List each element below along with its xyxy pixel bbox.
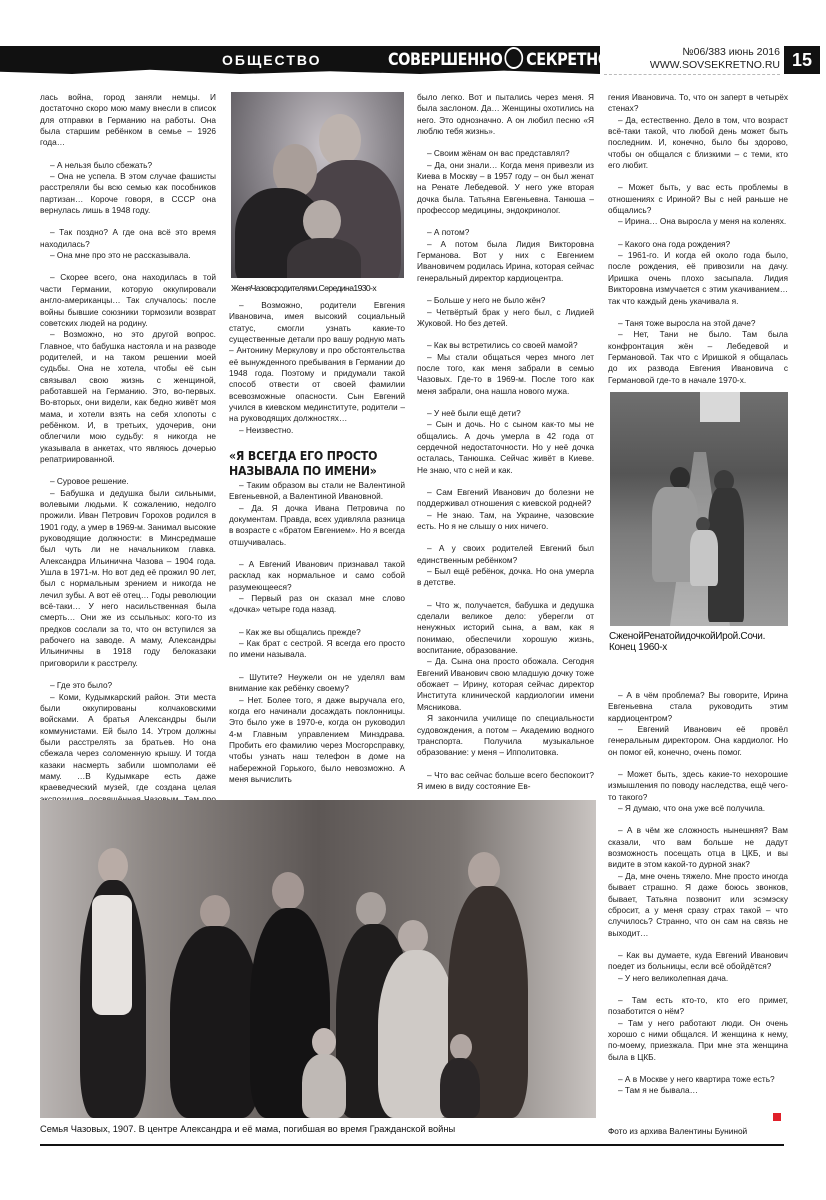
bottom-divider: [40, 1144, 784, 1146]
answer: – Бабушка и дедушка были сильными, волев…: [40, 488, 216, 670]
question: – Таким образом вы стали не Валентиной Е…: [229, 480, 405, 503]
question: – Таня тоже выросла на этой даче?: [608, 318, 788, 329]
question: – Там есть кто-то, кто его примет, позаб…: [608, 995, 788, 1018]
photo-chazov-with-parents: [231, 92, 404, 278]
photo-sochi-family: [610, 392, 788, 626]
question: – Какого она года рождения?: [608, 239, 788, 250]
article-column-4: гения Ивановича. То, что он заперт в чет…: [608, 92, 788, 386]
question: – Суровое решение.: [40, 476, 216, 487]
article-column-4b: – А в чём проблема? Вы говорите, Ирина Е…: [608, 690, 788, 1097]
question: – А потом?: [417, 227, 594, 238]
answer: – У него великолепная дача.: [608, 973, 788, 984]
answer: – Сын и дочь. Но с сыном как-то мы не об…: [417, 419, 594, 476]
answer: – Был ещё ребёнок, дочка. Но она умерла …: [417, 566, 594, 589]
answer: – Мы стали общаться через много лет посл…: [417, 352, 594, 397]
question: – Что вас сейчас больше всего беспокоит?…: [417, 770, 594, 793]
question: – Как вы думаете, куда Евгений Иванович …: [608, 950, 788, 973]
question: – А в чём же сложность нынешняя? Вам ска…: [608, 825, 788, 870]
answer: – Ирина… Она выросла у меня на коленях.: [608, 216, 788, 227]
answer: – Возможно, родители Евгения Ивановича, …: [229, 300, 405, 425]
answer: – Да. Сына она просто обожала. Сегодня Е…: [417, 656, 594, 713]
answer: – Она мне про это не рассказывала.: [40, 250, 216, 261]
website-url: WWW.SOVSEKRETNO.RU: [604, 59, 780, 72]
answer: – Она не успела. В этом случае фашисты р…: [40, 171, 216, 216]
question: – Больше у него не было жён?: [417, 295, 594, 306]
answer: – Четвёртый брак у него был, с Лидией Жу…: [417, 307, 594, 330]
question: – Сам Евгений Иванович до болезни не под…: [417, 487, 594, 510]
question: – А в чём проблема? Вы говорите, Ирина Е…: [608, 690, 788, 724]
paragraph: было легко. Вот и пытались через меня. Я…: [417, 92, 594, 137]
answer: – 1961-го. И когда ей около года было, п…: [608, 250, 788, 307]
question: – У неё были ещё дети?: [417, 408, 594, 419]
answer: – Неизвестно.: [229, 425, 405, 436]
answer: – Возможно, но это другой вопрос. Главно…: [40, 329, 216, 465]
answer: – Первый раз он сказал мне слово «дочка»…: [229, 593, 405, 616]
masthead: ОБЩЕСТВО СОВЕРШЕННОСЕКРЕТНО №06/383 июнь…: [0, 40, 826, 80]
question: – Как вы встретились со своей мамой?: [417, 340, 594, 351]
article-column-2b: – Таким образом вы стали не Валентиной Е…: [229, 480, 405, 785]
logo-right-text: СЕКРЕТНО: [526, 50, 610, 70]
answer: – Не знаю. Там, на Украине, чазовские ес…: [417, 510, 594, 533]
answer: – Да. Я дочка Ивана Петровича по докумен…: [229, 503, 405, 548]
answer: – А потом была Лидия Викторовна Германов…: [417, 239, 594, 284]
question: – Шутите? Неужели он не уделял вам внима…: [229, 672, 405, 695]
paragraph: Я закончила училище по специальности суд…: [417, 713, 594, 758]
question: – А у своих родителей Евгений был единст…: [417, 543, 594, 566]
section-subheading: «Я ВСЕГДА ЕГО ПРОСТО НАЗЫВАЛА ПО ИМЕНИ»: [229, 448, 384, 478]
answer: – Коми, Кудымкарский район. Эти места бы…: [40, 692, 216, 817]
answer: – Да, естественно. Дело в том, что возра…: [608, 115, 788, 172]
newspaper-logo: СОВЕРШЕННОСЕКРЕТНО: [388, 49, 610, 71]
answer: – Да, мне очень тяжело. Мне просто иногд…: [608, 871, 788, 939]
photo-caption: ЖеняЧазовсродителями.Середина1930-х: [231, 283, 407, 294]
question: – А нельзя было сбежать?: [40, 160, 216, 171]
page-number: 15: [784, 46, 820, 74]
article-column-3: было легко. Вот и пытались через меня. Я…: [417, 92, 594, 792]
answer: – Евгений Иванович её провёл генеральным…: [608, 724, 788, 758]
question: – Скорее всего, она находилась в той час…: [40, 272, 216, 329]
answer: – Я думаю, что она уже всё получила.: [608, 803, 788, 814]
question: – Может быть, здесь какие-то нехорошие и…: [608, 769, 788, 803]
question: – А в Москве у него квартира тоже есть?: [608, 1074, 788, 1085]
issue-number: №06/383 июнь 2016: [604, 46, 780, 59]
globe-icon: [505, 47, 524, 69]
answer: – Как брат с сестрой. Я всегда его прост…: [229, 638, 405, 661]
answer: – Там я не бывала…: [608, 1085, 788, 1096]
section-title: ОБЩЕСТВО: [222, 52, 322, 68]
photo-credit: Фото из архива Валентины Буниной: [608, 1126, 798, 1137]
question: – Где это было?: [40, 680, 216, 691]
answer: – Там у него работают люди. Он очень хор…: [608, 1018, 788, 1063]
answer: – Нет. Более того, я даже выручала его, …: [229, 695, 405, 786]
answer: – Да, они знали… Когда меня привезли из …: [417, 160, 594, 217]
question: – Что ж, получается, бабушка и дедушка с…: [417, 600, 594, 657]
issue-info: №06/383 июнь 2016 WWW.SOVSEKRETNO.RU: [604, 46, 780, 75]
photo-caption: СженойРенатойидочкойИрой.Сочи. Конец 196…: [609, 631, 794, 653]
photo-chazov-family-1907: [40, 800, 596, 1118]
question: – Своим жёнам он вас представлял?: [417, 148, 594, 159]
article-column-2: – Возможно, родители Евгения Ивановича, …: [229, 300, 405, 436]
logo-left-text: СОВЕРШЕННО: [388, 50, 502, 70]
answer: – Нет, Тани не было. Там была конфронтац…: [608, 329, 788, 386]
article-column-1: лась война, город заняли немцы. И достат…: [40, 92, 216, 816]
question: – Как же вы общались прежде?: [229, 627, 405, 638]
paragraph: гения Ивановича. То, что он заперт в чет…: [608, 92, 788, 115]
photo-caption: Семья Чазовых, 1907. В центре Александра…: [40, 1124, 600, 1135]
end-of-article-marker: [773, 1113, 781, 1121]
question: – А Евгений Иванович признавал такой рас…: [229, 559, 405, 593]
paragraph: лась война, город заняли немцы. И достат…: [40, 92, 216, 149]
question: – Может быть, у вас есть проблемы в отно…: [608, 182, 788, 216]
question: – Так поздно? А где она всё это время на…: [40, 227, 216, 250]
